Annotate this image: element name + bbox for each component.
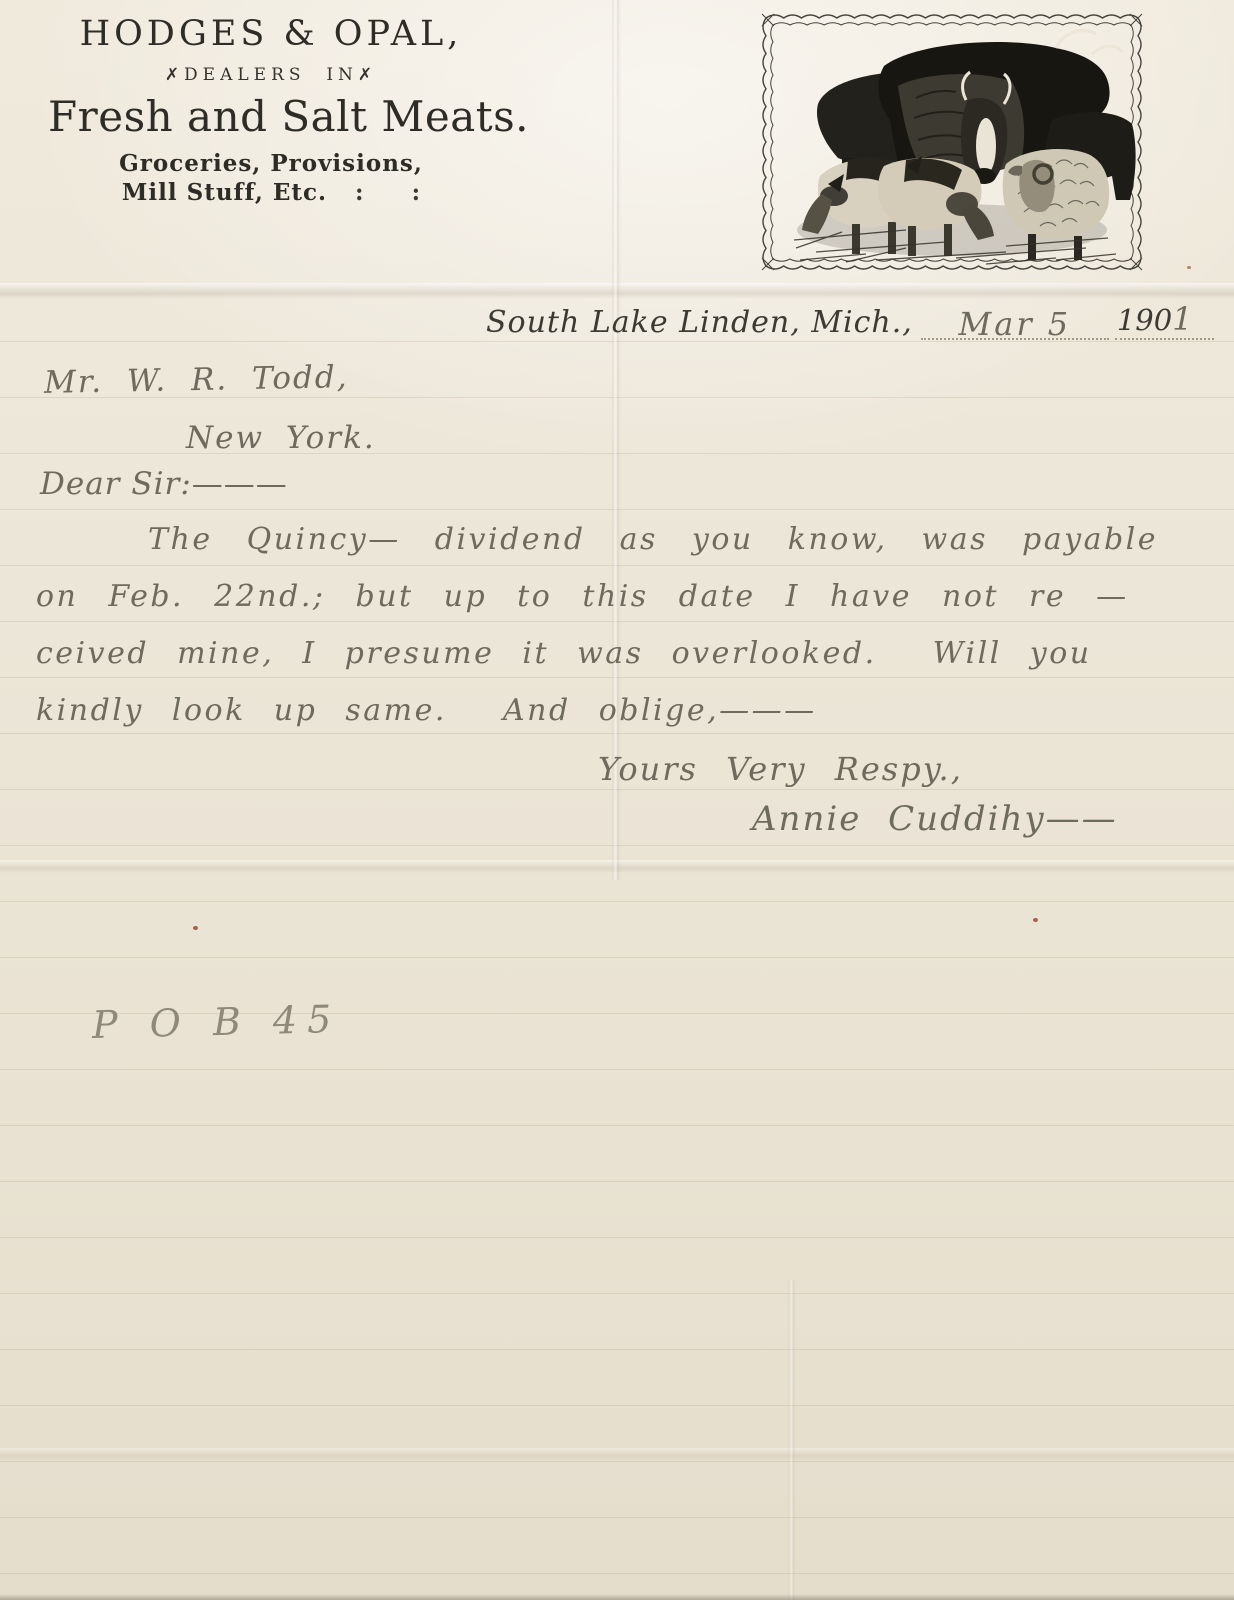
handwritten-date: Mar 5 xyxy=(958,305,1071,343)
year-blank-line: 1901 xyxy=(1115,300,1214,340)
closing-line: Yours Very Respy., xyxy=(598,750,963,788)
colon-ornaments: : : xyxy=(355,179,420,206)
printed-year-prefix: 190 xyxy=(1117,303,1172,337)
horizontal-fold-crease xyxy=(0,1448,1234,1460)
horizontal-fold-crease xyxy=(0,860,1234,873)
livestock-engraving-svg xyxy=(756,8,1148,276)
letterhead: HODGES & OPAL, ✗DEALERS IN✗ Fresh and Sa… xyxy=(48,14,494,206)
company-name: HODGES & OPAL, xyxy=(48,14,494,54)
scanned-letter-page: HODGES & OPAL, ✗DEALERS IN✗ Fresh and Sa… xyxy=(0,0,1234,1600)
pencil-note: P O B 45 xyxy=(91,997,341,1047)
recipient-line: Mr. W. R. Todd, xyxy=(44,359,349,401)
date-blank-line: Mar 5 xyxy=(921,300,1109,340)
scan-bottom-edge xyxy=(0,1594,1234,1600)
body-line-2: on Feb. 22nd.; but up to this date I hav… xyxy=(36,579,1129,614)
red-ink-speck xyxy=(193,926,198,930)
body-line-4: kindly look up same. And oblige,——— xyxy=(36,693,817,728)
subline-groceries: Groceries, Provisions, xyxy=(48,150,494,177)
subline-mill-text: Mill Stuff, Etc. xyxy=(122,179,327,206)
body-line-1: The Quincy— dividend as you know, was pa… xyxy=(148,522,1158,557)
dateline-place: South Lake Linden, Mich., xyxy=(486,305,913,340)
body-line-3: ceived mine, I presume it was overlooked… xyxy=(36,636,1092,671)
animal-group xyxy=(794,30,1136,264)
livestock-illustration xyxy=(756,8,1148,276)
signature: Annie Cuddihy—— xyxy=(752,799,1118,839)
handwritten-year-digit: 1 xyxy=(1172,300,1193,338)
vertical-fold-crease xyxy=(612,0,621,880)
horizontal-fold-crease xyxy=(0,283,1234,299)
red-ink-speck xyxy=(1033,918,1038,922)
dealers-in-line: ✗DEALERS IN✗ xyxy=(48,65,494,85)
recipient-city: New York. xyxy=(186,420,376,456)
main-product-line: Fresh and Salt Meats. xyxy=(48,92,494,141)
dateline: South Lake Linden, Mich., Mar 5 1901 xyxy=(486,300,1214,340)
vertical-fold-crease xyxy=(788,1280,796,1600)
subline-mill-stuff: Mill Stuff, Etc.: : xyxy=(48,179,494,206)
red-ink-speck xyxy=(1187,266,1191,269)
salutation: Dear Sir:——— xyxy=(40,466,288,502)
